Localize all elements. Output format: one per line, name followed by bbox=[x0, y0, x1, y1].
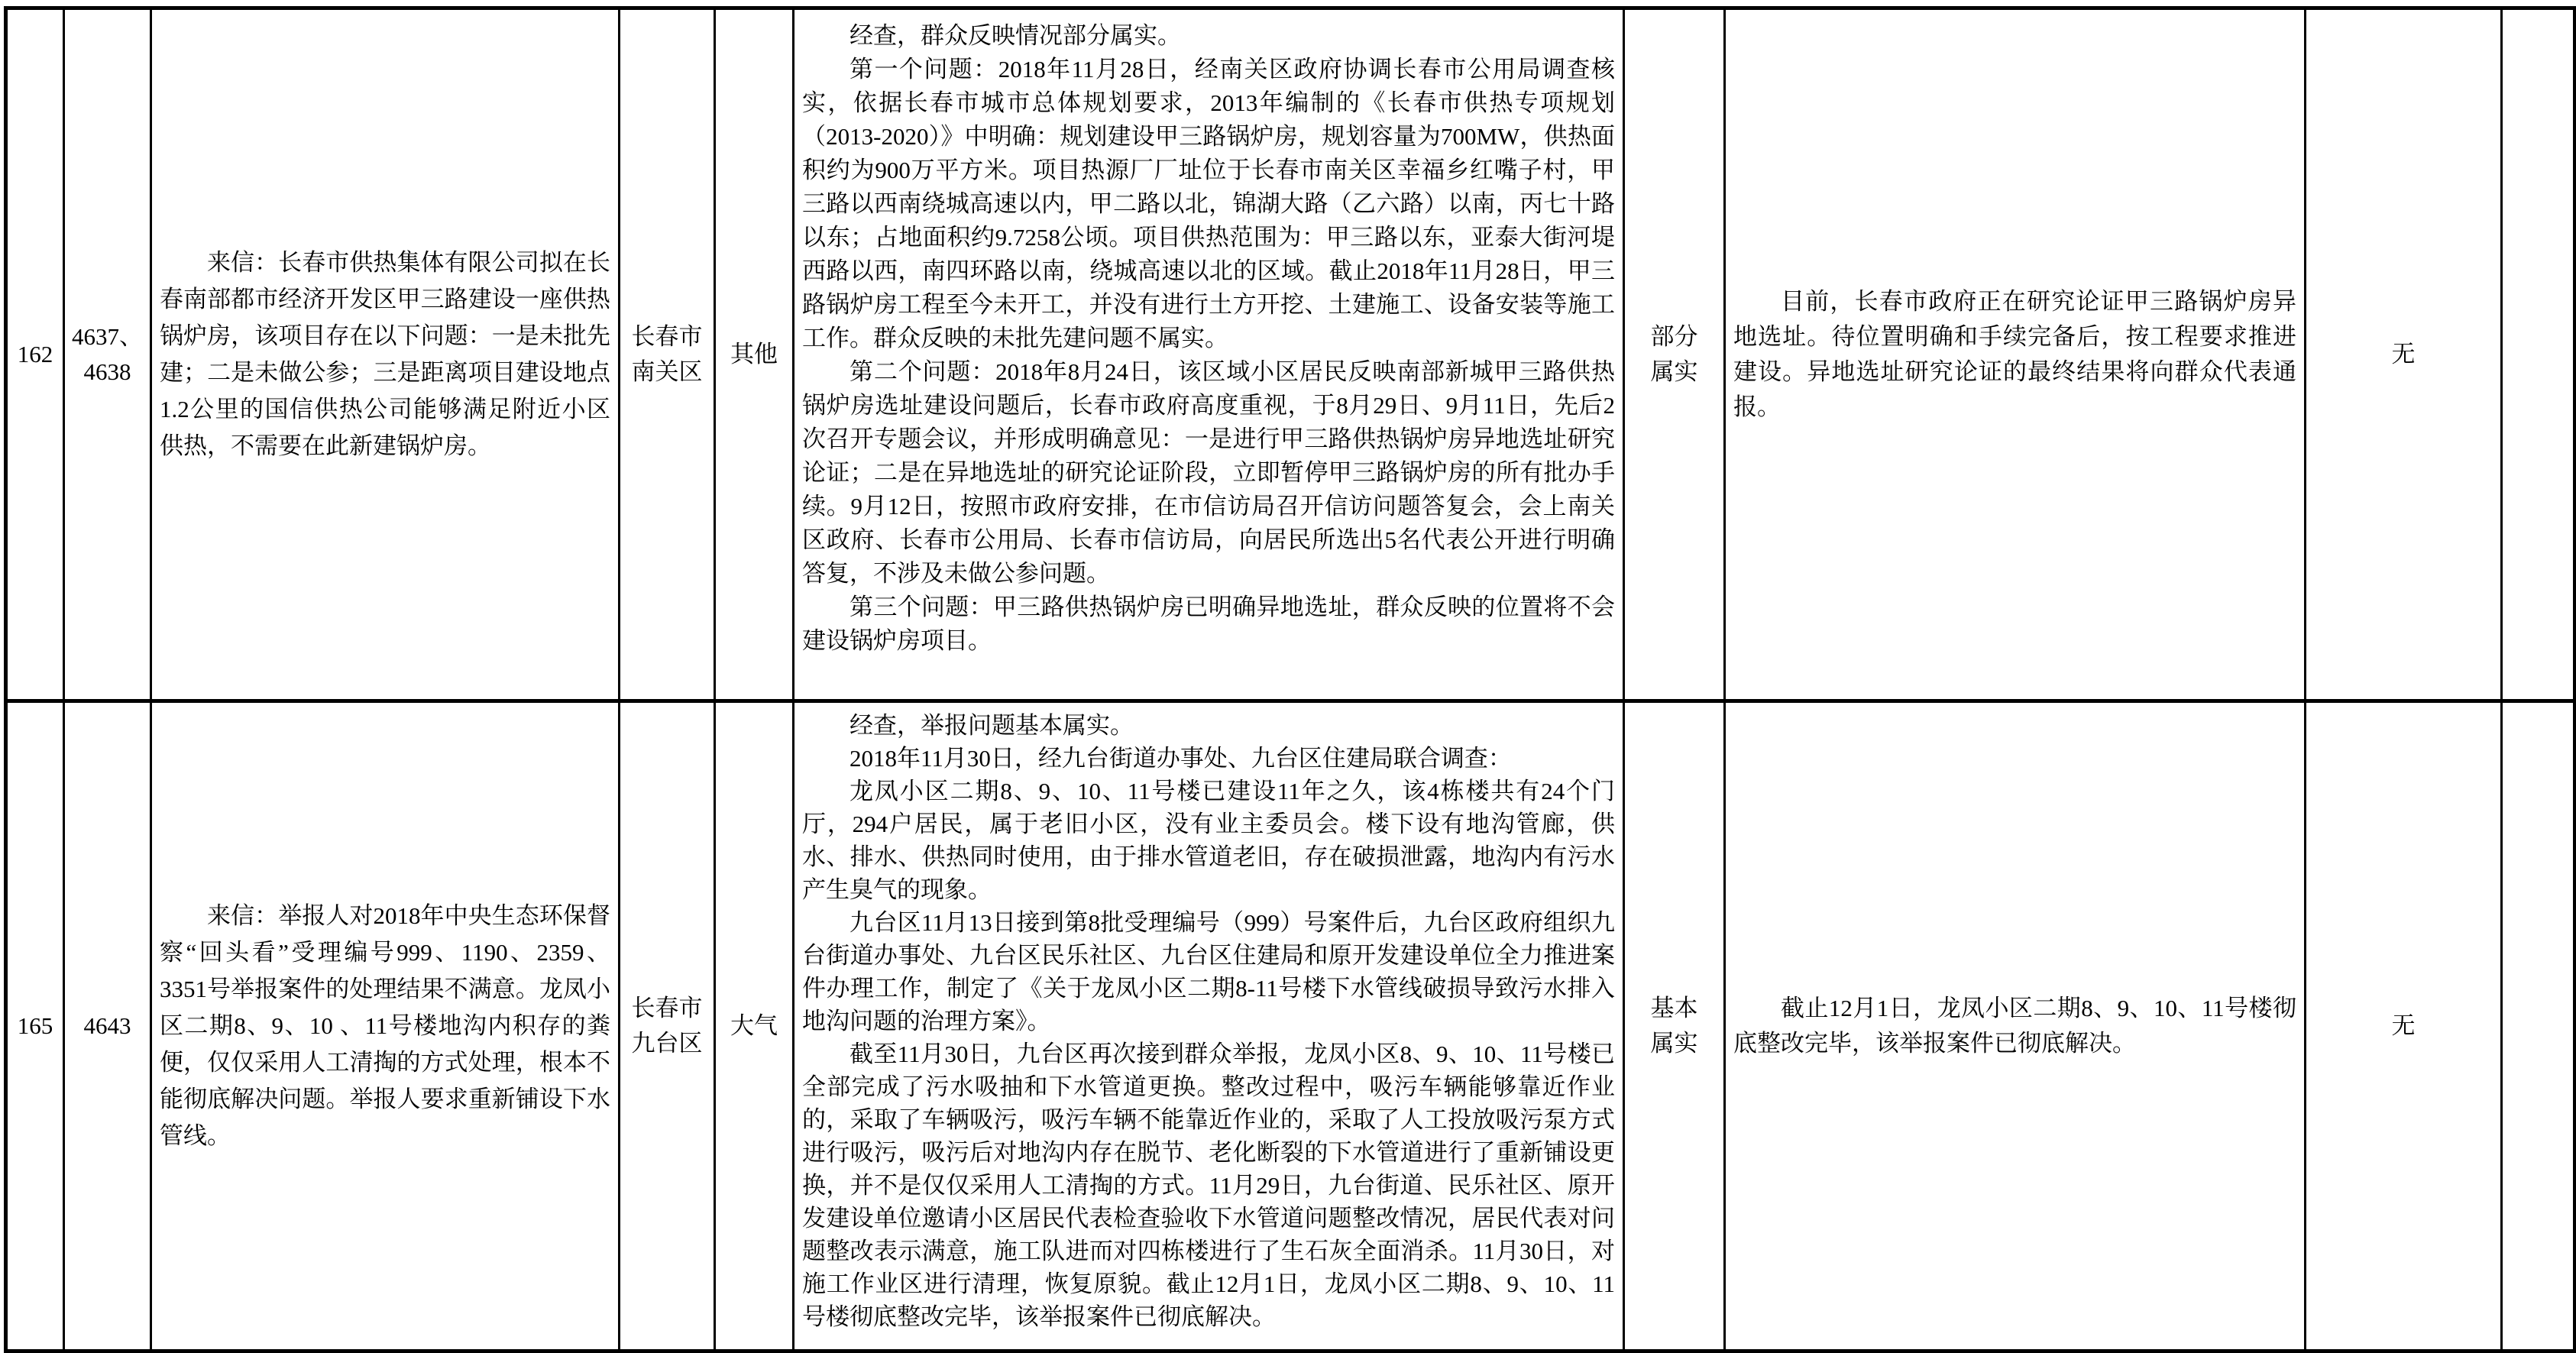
investigation-cell: 经查，群众反映情况部分属实。 第一个问题：2018年11月28日，经南关区政府协… bbox=[794, 8, 1624, 701]
investigation-cell: 经查，举报问题基本属实。 2018年11月30日，经九台街道办事处、九台区住建局… bbox=[794, 701, 1624, 1351]
verification-result-cell: 部分 属实 bbox=[1624, 8, 1725, 701]
region-cell: 长春市 南关区 bbox=[620, 8, 715, 701]
investigation-paragraph: 九台区11月13日接到第8批受理编号（999）号案件后，九台区政府组织九台街道办… bbox=[802, 906, 1615, 1037]
region-text: 长春市 九台区 bbox=[626, 991, 707, 1062]
accountability-cell: 无 bbox=[2306, 701, 2502, 1351]
case-number-text: 4643 bbox=[71, 1008, 144, 1044]
complaint-text: 来信：长春市供热集体有限公司拟在长春南部都市经济开发区甲三路建设一座供热锅炉房，… bbox=[160, 244, 610, 464]
investigation-paragraph: 龙凤小区二期8、9、10、11号楼已建设11年之久，该4栋楼共有24个门厅，29… bbox=[802, 775, 1615, 906]
investigation-paragraph: 经查，举报问题基本属实。 bbox=[802, 709, 1615, 742]
investigation-paragraph: 第二个问题：2018年8月24日，该区域小区居民反映南部新城甲三路供热锅炉房选址… bbox=[802, 355, 1615, 591]
table-row: 165 4643 来信：举报人对2018年中央生态环保督察“回头看”受理编号99… bbox=[6, 701, 2575, 1351]
case-number-text: 4637、 4638 bbox=[71, 319, 144, 390]
region-cell: 长春市 九台区 bbox=[620, 701, 715, 1351]
accountability-cell: 无 bbox=[2306, 8, 2502, 701]
case-number-cell: 4637、 4638 bbox=[64, 8, 151, 701]
verification-result-cell: 基本 属实 bbox=[1624, 701, 1725, 1351]
pollution-type-cell: 大气 bbox=[715, 701, 794, 1351]
sequence-number-cell: 162 bbox=[6, 8, 64, 701]
handling-measures-cell: 目前，长春市政府正在研究论证甲三路锅炉房异地选址。待位置明确和手续完备后，按工程… bbox=[1725, 8, 2306, 701]
investigation-paragraph: 经查，群众反映情况部分属实。 bbox=[802, 19, 1615, 53]
empty-cell bbox=[2502, 8, 2575, 701]
handling-measures-text: 目前，长春市政府正在研究论证甲三路锅炉房异地选址。待位置明确和手续完备后，按工程… bbox=[1733, 284, 2296, 425]
region-text: 长春市 南关区 bbox=[626, 319, 707, 390]
verification-result-text: 部分 属实 bbox=[1631, 319, 1717, 390]
handling-measures-cell: 截止12月1日，龙凤小区二期8、9、10、11号楼彻底整改完毕，该举报案件已彻底… bbox=[1725, 701, 2306, 1351]
investigation-paragraph: 截至11月30日，九台区再次接到群众举报，龙凤小区8、9、10、11号楼已全部完… bbox=[802, 1037, 1615, 1333]
investigation-paragraph: 第三个问题：甲三路供热锅炉房已明确异地选址，群众反映的位置将不会建设锅炉房项目。 bbox=[802, 591, 1615, 658]
table-row: 162 4637、 4638 来信：长春市供热集体有限公司拟在长春南部都市经济开… bbox=[6, 8, 2575, 701]
case-number-cell: 4643 bbox=[64, 701, 151, 1351]
investigation-paragraph: 第一个问题：2018年11月28日，经南关区政府协调长春市公用局调查核实，依据长… bbox=[802, 53, 1615, 355]
sequence-number-cell: 165 bbox=[6, 701, 64, 1351]
document-page: 162 4637、 4638 来信：长春市供热集体有限公司拟在长春南部都市经济开… bbox=[0, 0, 2576, 1336]
complaint-cell: 来信：举报人对2018年中央生态环保督察“回头看”受理编号999、1190、23… bbox=[151, 701, 620, 1351]
investigation-paragraph: 2018年11月30日，经九台街道办事处、九台区住建局联合调查： bbox=[802, 742, 1615, 775]
complaint-handling-table: 162 4637、 4638 来信：长春市供热集体有限公司拟在长春南部都市经济开… bbox=[4, 6, 2576, 1353]
complaint-text: 来信：举报人对2018年中央生态环保督察“回头看”受理编号999、1190、23… bbox=[160, 898, 610, 1154]
verification-result-text: 基本 属实 bbox=[1631, 991, 1717, 1062]
handling-measures-text: 截止12月1日，龙凤小区二期8、9、10、11号楼彻底整改完毕，该举报案件已彻底… bbox=[1733, 991, 2296, 1061]
complaint-cell: 来信：长春市供热集体有限公司拟在长春南部都市经济开发区甲三路建设一座供热锅炉房，… bbox=[151, 8, 620, 701]
pollution-type-cell: 其他 bbox=[715, 8, 794, 701]
empty-cell bbox=[2502, 701, 2575, 1351]
